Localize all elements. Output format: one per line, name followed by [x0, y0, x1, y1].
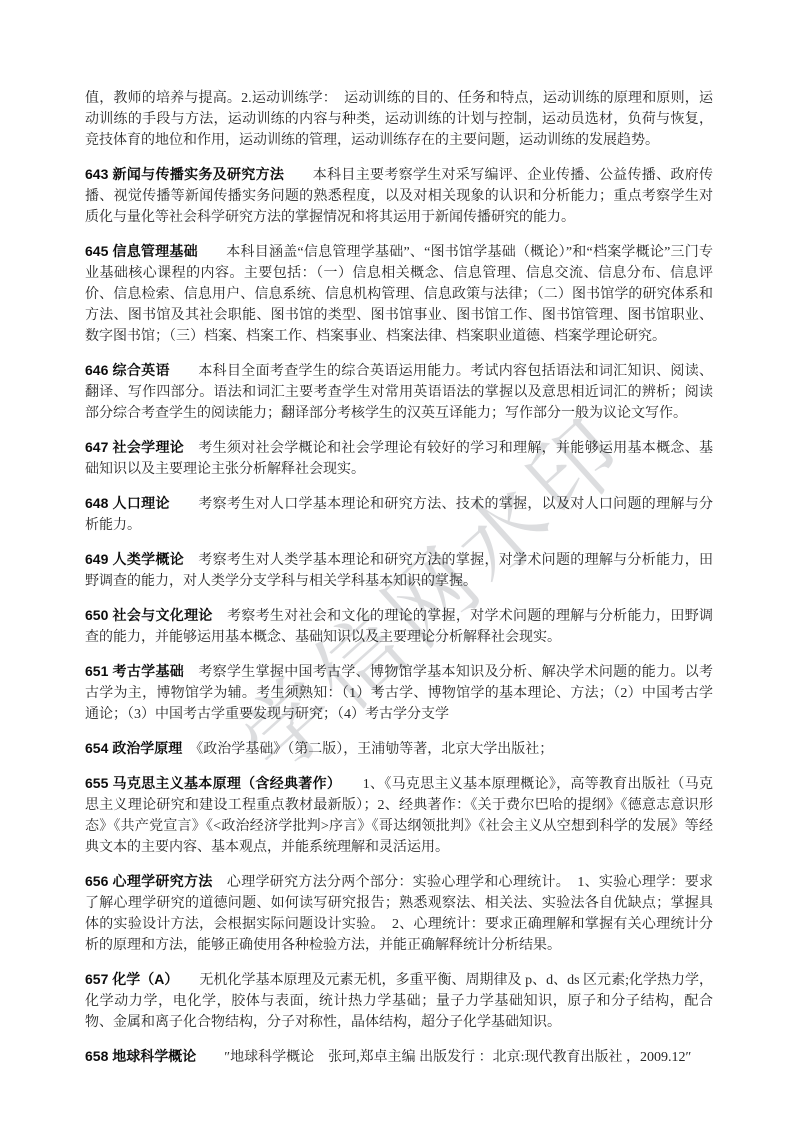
subject-description: 值，教师的培养与提高。2.运动训练学： 运动训练的目的、任务和特点，运动训练的原… — [85, 91, 713, 148]
subject-code-title: 650 社会与文化理论 — [85, 607, 213, 623]
subject-code-title: 657 化学（A） — [85, 971, 171, 987]
subject-paragraph: 645 信息管理基础 本科目涵盖“信息管理学基础”、“图书馆学基础（概论）”和“… — [85, 241, 713, 347]
subject-paragraph: 657 化学（A） 无机化学基本原理及元素无机，多重平衡、周期律及 p、d、ds… — [85, 969, 713, 1033]
subject-code-title: 649 人类学概论 — [85, 551, 184, 567]
document-content: 值，教师的培养与提高。2.运动训练学： 运动训练的目的、任务和特点，运动训练的原… — [85, 88, 713, 1081]
subject-description: 本科目全面考查学生的综合英语运用能力。考试内容包括语法和词汇知识、阅读、翻译、写… — [85, 364, 713, 421]
subject-code-title: 645 信息管理基础 — [85, 243, 198, 259]
subject-description: ″地球科学概论 张珂,郑卓主编 出版发行 ：北京:现代教育出版社 ，2009.1… — [196, 1050, 691, 1065]
subject-description: 考察考生对人口学基本理论和研究方法、技术的掌握，以及对人口问题的理解与分析能力。 — [85, 497, 713, 533]
subject-description: 本科目涵盖“信息管理学基础”、“图书馆学基础（概论）”和“档案学概论”三门专业基… — [85, 245, 713, 344]
subject-paragraph: 值，教师的培养与提高。2.运动训练学： 运动训练的目的、任务和特点，运动训练的原… — [85, 88, 713, 151]
subject-code-title: 648 人口理论 — [85, 495, 170, 511]
subject-code-title: 646 综合英语 — [85, 362, 170, 378]
subject-description: 《政治学基础》（第二版），王浦劬等著，北京大学出版社； — [182, 742, 553, 757]
subject-code-title: 643 新闻与传播实务及研究方法 — [85, 166, 284, 182]
subject-paragraph: 647 社会学理论 考生须对社会学概论和社会学理论有较好的学习和理解，并能够运用… — [85, 437, 713, 480]
document-page: 学信网水印 值，教师的培养与提高。2.运动训练学： 运动训练的目的、任务和特点，… — [0, 0, 793, 1122]
subject-paragraph: 654 政治学原理 《政治学基础》（第二版），王浦劬等著，北京大学出版社； — [85, 738, 713, 760]
subject-code-title: 651 考古学基础 — [85, 663, 184, 679]
subject-code-title: 658 地球科学概论 — [85, 1048, 196, 1064]
subject-code-title: 656 心理学研究方法 — [85, 873, 213, 889]
subject-paragraph: 655 马克思主义基本原理（含经典著作） 1、《马克思主义基本原理概论》，高等教… — [85, 773, 713, 858]
subject-paragraph: 646 综合英语 本科目全面考查学生的综合英语运用能力。考试内容包括语法和词汇知… — [85, 360, 713, 424]
subject-description: 无机化学基本原理及元素无机，多重平衡、周期律及 p、d、ds 区元素;化学热力学… — [85, 973, 713, 1030]
subject-paragraph: 658 地球科学概论 ″地球科学概论 张珂,郑卓主编 出版发行 ：北京:现代教育… — [85, 1046, 713, 1068]
subject-code-title: 647 社会学理论 — [85, 439, 184, 455]
subject-paragraph: 649 人类学概论 考察考生对人类学基本理论和研究方法的掌握，对学术问题的理解与… — [85, 549, 713, 592]
subject-paragraph: 650 社会与文化理论 考察考生对社会和文化的理论的掌握，对学术问题的理解与分析… — [85, 605, 713, 648]
subject-code-title: 654 政治学原理 — [85, 740, 182, 756]
subject-paragraph: 656 心理学研究方法 心理学研究方法分两个部分：实验心理学和心理统计。 1、实… — [85, 871, 713, 956]
subject-code-title: 655 马克思主义基本原理（含经典著作） — [85, 775, 334, 791]
subject-paragraph: 648 人口理论 考察考生对人口学基本理论和研究方法、技术的掌握，以及对人口问题… — [85, 493, 713, 536]
subject-paragraph: 643 新闻与传播实务及研究方法 本科目主要考察学生对采写编评、企业传播、公益传… — [85, 164, 713, 228]
subject-paragraph: 651 考古学基础 考察学生掌握中国考古学、博物馆学基本知识及分析、解决学术问题… — [85, 661, 713, 725]
